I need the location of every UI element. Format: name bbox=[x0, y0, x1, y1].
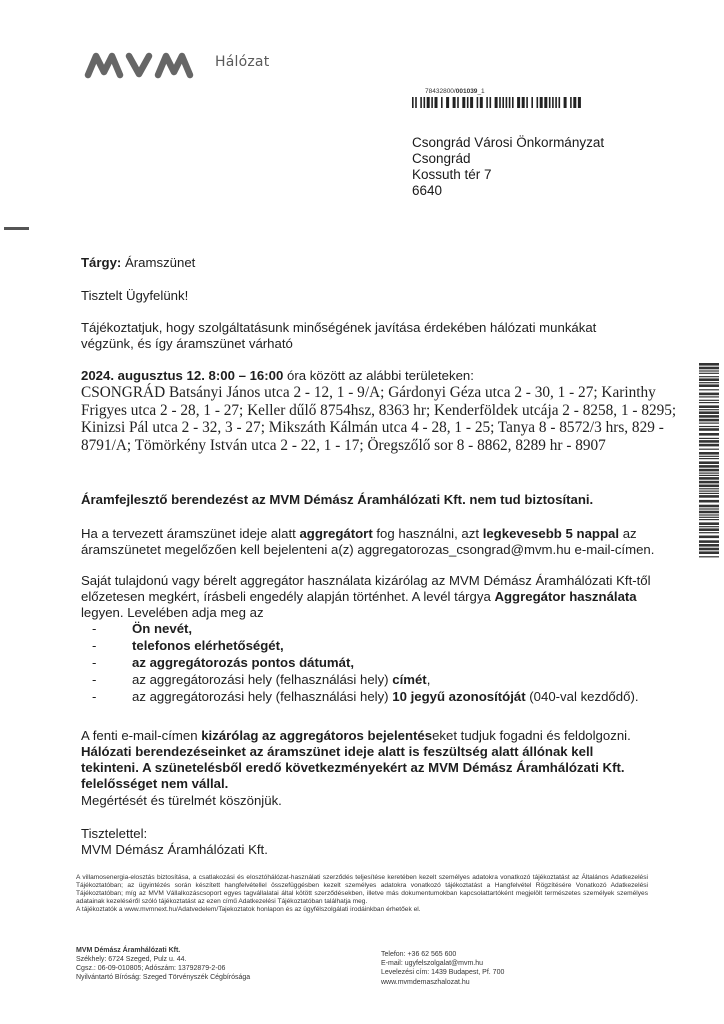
closing-block: Tisztelettel: MVM Démász Áramhálózati Kf… bbox=[81, 826, 681, 858]
contact-phone: Telefon: +36 62 565 600 bbox=[381, 950, 504, 959]
contact-website[interactable]: www.mvmdemaszhalozat.hu bbox=[381, 978, 504, 987]
company-seat: Székhely: 6724 Szeged, Pulz u. 44. bbox=[76, 955, 250, 964]
side-barcode-icon bbox=[699, 363, 719, 561]
recipient-line: Csongrád Városi Önkormányzat bbox=[412, 135, 604, 151]
company-name: MVM Démász Áramhálózati Kft. bbox=[76, 946, 250, 955]
subject-line: Tárgy: Áramszünet bbox=[81, 255, 681, 271]
required-info-list: -Ön nevét, -telefonos elérhetőségét, -az… bbox=[92, 620, 639, 705]
signature: MVM Démász Áramhálózati Kft. bbox=[81, 842, 681, 858]
company-court: Nyilvántartó Bíróság: Szeged Törvényszék… bbox=[76, 973, 250, 982]
fold-mark bbox=[4, 227, 29, 230]
list-item: -az aggregátorozási hely (felhasználási … bbox=[92, 671, 639, 688]
recipient-line: Csongrád bbox=[412, 151, 604, 167]
generator-notice: Áramfejlesztő berendezést az MVM Démász … bbox=[81, 492, 681, 508]
thanks-line: Megértését és türelmét köszönjük. bbox=[81, 793, 681, 809]
company-registry: Cgsz.: 06-09-010805; Adószám: 13792879-2… bbox=[76, 964, 250, 973]
recipient-line: 6640 bbox=[412, 183, 604, 199]
document-reference: 78432800/001039_1 bbox=[425, 88, 485, 95]
generator-report-paragraph: Ha a tervezett áramszünet ideje alatt ag… bbox=[81, 526, 656, 558]
list-item: -az aggregátorozási hely (felhasználási … bbox=[92, 688, 639, 705]
safety-paragraph: A fenti e-mail-címen kizárólag az aggreg… bbox=[81, 728, 681, 792]
generator-permit-paragraph: Saját tulajdonú vagy bérelt aggregátor h… bbox=[81, 573, 656, 621]
contact-email[interactable]: E-mail: ugyfelszolgalat@mvm.hu bbox=[381, 959, 504, 968]
list-item: -telefonos elérhetőségét, bbox=[92, 637, 639, 654]
closing: Tisztelettel: bbox=[81, 826, 681, 842]
contact-details: Telefon: +36 62 565 600 E-mail: ugyfelsz… bbox=[381, 950, 504, 987]
list-item: -az aggregátorozás pontos dátumát, bbox=[92, 654, 639, 671]
affected-areas: CSONGRÁD Batsányi János utca 2 - 12, 1 -… bbox=[81, 384, 681, 455]
recipient-address: Csongrád Városi Önkormányzat Csongrád Ko… bbox=[412, 135, 604, 199]
company-details: MVM Démász Áramhálózati Kft. Székhely: 6… bbox=[76, 946, 250, 982]
greeting: Tisztelt Ügyfelünk! bbox=[81, 288, 681, 304]
barcode-icon bbox=[412, 97, 584, 108]
outage-time: 2024. augusztus 12. 8:00 – 16:00 óra köz… bbox=[81, 368, 681, 384]
mvm-logo bbox=[84, 50, 199, 80]
intro-paragraph: Tájékoztatjuk, hogy szolgáltatásunk minő… bbox=[81, 320, 636, 352]
list-item: -Ön nevét, bbox=[92, 620, 639, 637]
privacy-notice: A villamosenergia-elosztás biztosítása, … bbox=[76, 874, 648, 914]
contact-postal: Levelezési cím: 1439 Budapest, Pf. 700 bbox=[381, 968, 504, 977]
logo-subtitle: Hálózat bbox=[215, 54, 269, 70]
recipient-line: Kossuth tér 7 bbox=[412, 167, 604, 183]
